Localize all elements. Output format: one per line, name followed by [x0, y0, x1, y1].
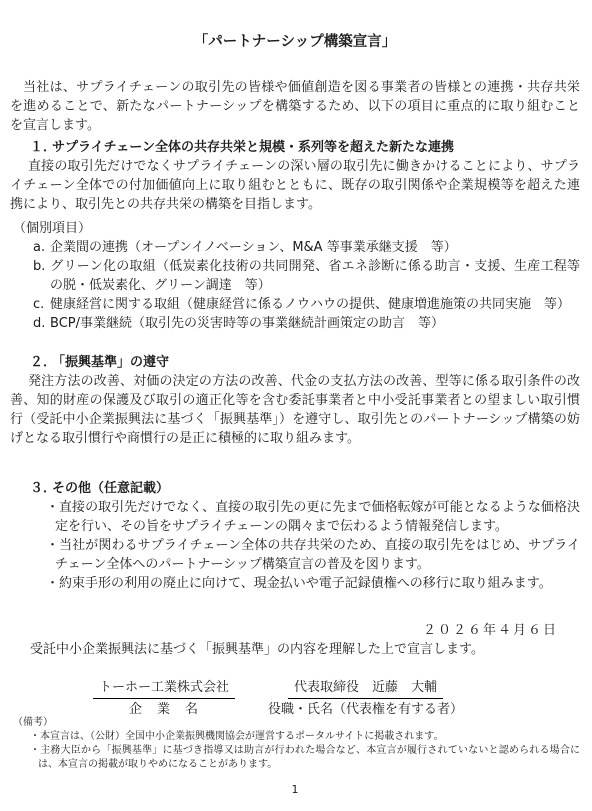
remark-2-text: 主務大臣から「振興基準」に基づき指導又は助言が行われた場合など、本宣言が履行され… [38, 745, 580, 770]
section-3-bullet-list: ・直接の取引先だけでなく、直接の取引先の更に先まで価格転嫁が可能となるような価格… [46, 498, 580, 593]
bullet-3-marker: ・ [46, 576, 59, 591]
section-1-sub-label: （個別項目） [13, 219, 580, 238]
declaration-statement: 受託中小企業振興法に基づく「振興基準」の内容を理解した上で宣言します。 [30, 640, 580, 659]
bullet-2-text: 当社が関わるサプライチェーン全体の共存共栄のため、直接の取引先をはじめ、サプライ… [55, 538, 580, 572]
list-item-c-text: 健康経営に関する取組（健康経営に係るノウハウの提供、健康増進施策の共同実施 等） [50, 297, 570, 312]
remark-note-1: ・本宣言は、（公財）全国中小企業振興機関協会が運営するポータルサイトに掲載されま… [30, 730, 580, 744]
page-number: 1 [10, 780, 580, 799]
list-item-d: d.BCP/事業継続（取引先の災害時等の事業継続計画策定の助言 等） [33, 314, 580, 333]
list-item-d-marker: d. [33, 314, 50, 333]
remark-1-marker: ・ [30, 731, 40, 742]
company-signature-block: トーホー工業株式会社 企 業 名 [93, 678, 235, 719]
bullet-item-1: ・直接の取引先だけでなく、直接の取引先の更に先まで価格転嫁が可能となるような価格… [46, 498, 580, 536]
section-1: １．サプライチェーン全体の共存共栄と規模・系列等を超えた新たな連携 直接の取引先… [10, 138, 580, 333]
remark-note-2: ・主務大臣から「振興基準」に基づき指導又は助言が行われた場合など、本宣言が履行さ… [30, 744, 580, 772]
section-1-item-list: a.企業間の連携（オープンイノベーション、M&A 等事業承継支援 等） b.グリ… [33, 238, 580, 333]
list-item-a-marker: a. [33, 238, 50, 257]
bullet-1-text: 直接の取引先だけでなく、直接の取引先の更に先まで価格転嫁が可能となるような価格決… [55, 500, 580, 534]
list-item-b-text: グリーン化の取組（低炭素化技術の共同開発、省エネ診断に係る助言・支援、生産工程等… [50, 259, 580, 293]
section-3-number: ３． [30, 479, 52, 498]
section-3-heading: ３．その他（任意記載） [30, 479, 580, 498]
list-item-c: c.健康経営に関する取組（健康経営に係るノウハウの提供、健康増進施策の共同実施 … [33, 295, 580, 314]
bullet-1-marker: ・ [46, 500, 59, 515]
signature-row: トーホー工業株式会社 企 業 名 代表取締役 近藤 大輔 役職・氏名（代表権を有… [10, 678, 580, 719]
list-item-a: a.企業間の連携（オープンイノベーション、M&A 等事業承継支援 等） [33, 238, 580, 257]
section-2: ２．「振興基準」の遵守 発注方法の改善、対価の決定の方法の改善、代金の支払方法の… [10, 353, 580, 448]
section-3-title: その他（任意記載） [52, 481, 169, 496]
company-name-label: 企 業 名 [129, 699, 199, 719]
bullet-item-2: ・当社が関わるサプライチェーン全体の共存共栄のため、直接の取引先をはじめ、サプラ… [46, 536, 580, 574]
section-2-body: 発注方法の改善、対価の決定の方法の改善、代金の支払方法の改善、型等に係る取引条件… [10, 372, 580, 448]
company-name: トーホー工業株式会社 [93, 678, 235, 699]
section-2-number: ２． [30, 353, 52, 372]
section-1-number: １． [30, 138, 52, 157]
section-2-title: 「振興基準」の遵守 [52, 355, 169, 370]
section-1-heading: １．サプライチェーン全体の共存共栄と規模・系列等を超えた新たな連携 [30, 138, 580, 157]
representative-name: 代表取締役 近藤 大輔 [288, 678, 443, 699]
bullet-item-3: ・約束手形の利用の廃止に向けて、現金払いや電子記録債権への移行に取り組みます。 [46, 574, 580, 593]
bullet-2-marker: ・ [46, 538, 59, 553]
list-item-b: b.グリーン化の取組（低炭素化技術の共同開発、省エネ診断に係る助言・支援、生産工… [33, 257, 580, 295]
remark-2-marker: ・ [30, 745, 40, 756]
section-3: ３．その他（任意記載） ・直接の取引先だけでなく、直接の取引先の更に先まで価格転… [10, 479, 580, 593]
declaration-date: ２０２６年４月６日 [10, 621, 580, 640]
section-1-title: サプライチェーン全体の共存共栄と規模・系列等を超えた新たな連携 [52, 140, 454, 155]
representative-signature-block: 代表取締役 近藤 大輔 役職・氏名（代表権を有する者） [268, 678, 463, 719]
list-item-a-text: 企業間の連携（オープンイノベーション、M&A 等事業承継支援 等） [50, 240, 457, 255]
section-1-body: 直接の取引先だけでなくサプライチェーンの深い層の取引先に働きかけることにより、サ… [10, 157, 580, 214]
remark-1-text: 本宣言は、（公財）全国中小企業振興機関協会が運営するポータルサイトに掲載されます… [40, 731, 444, 742]
intro-paragraph: 当社は、サプライチェーンの取引先の皆様や価値創造を図る事業者の皆様との連携・共存… [10, 78, 580, 135]
representative-name-label: 役職・氏名（代表権を有する者） [268, 699, 463, 719]
remarks-block: （備考） ・本宣言は、（公財）全国中小企業振興機関協会が運営するポータルサイトに… [10, 716, 580, 772]
list-item-c-marker: c. [33, 295, 50, 314]
bullet-3-text: 約束手形の利用の廃止に向けて、現金払いや電子記録債権への移行に取り組みます。 [59, 576, 552, 591]
list-item-b-marker: b. [33, 257, 50, 276]
section-2-heading: ２．「振興基準」の遵守 [30, 353, 580, 372]
document-page: 「パートナーシップ構築宣言」 当社は、サプライチェーンの取引先の皆様や価値創造を… [0, 0, 592, 811]
document-title: 「パートナーシップ構築宣言」 [10, 33, 580, 52]
list-item-d-text: BCP/事業継続（取引先の災害時等の事業継続計画策定の助言 等） [50, 316, 444, 331]
